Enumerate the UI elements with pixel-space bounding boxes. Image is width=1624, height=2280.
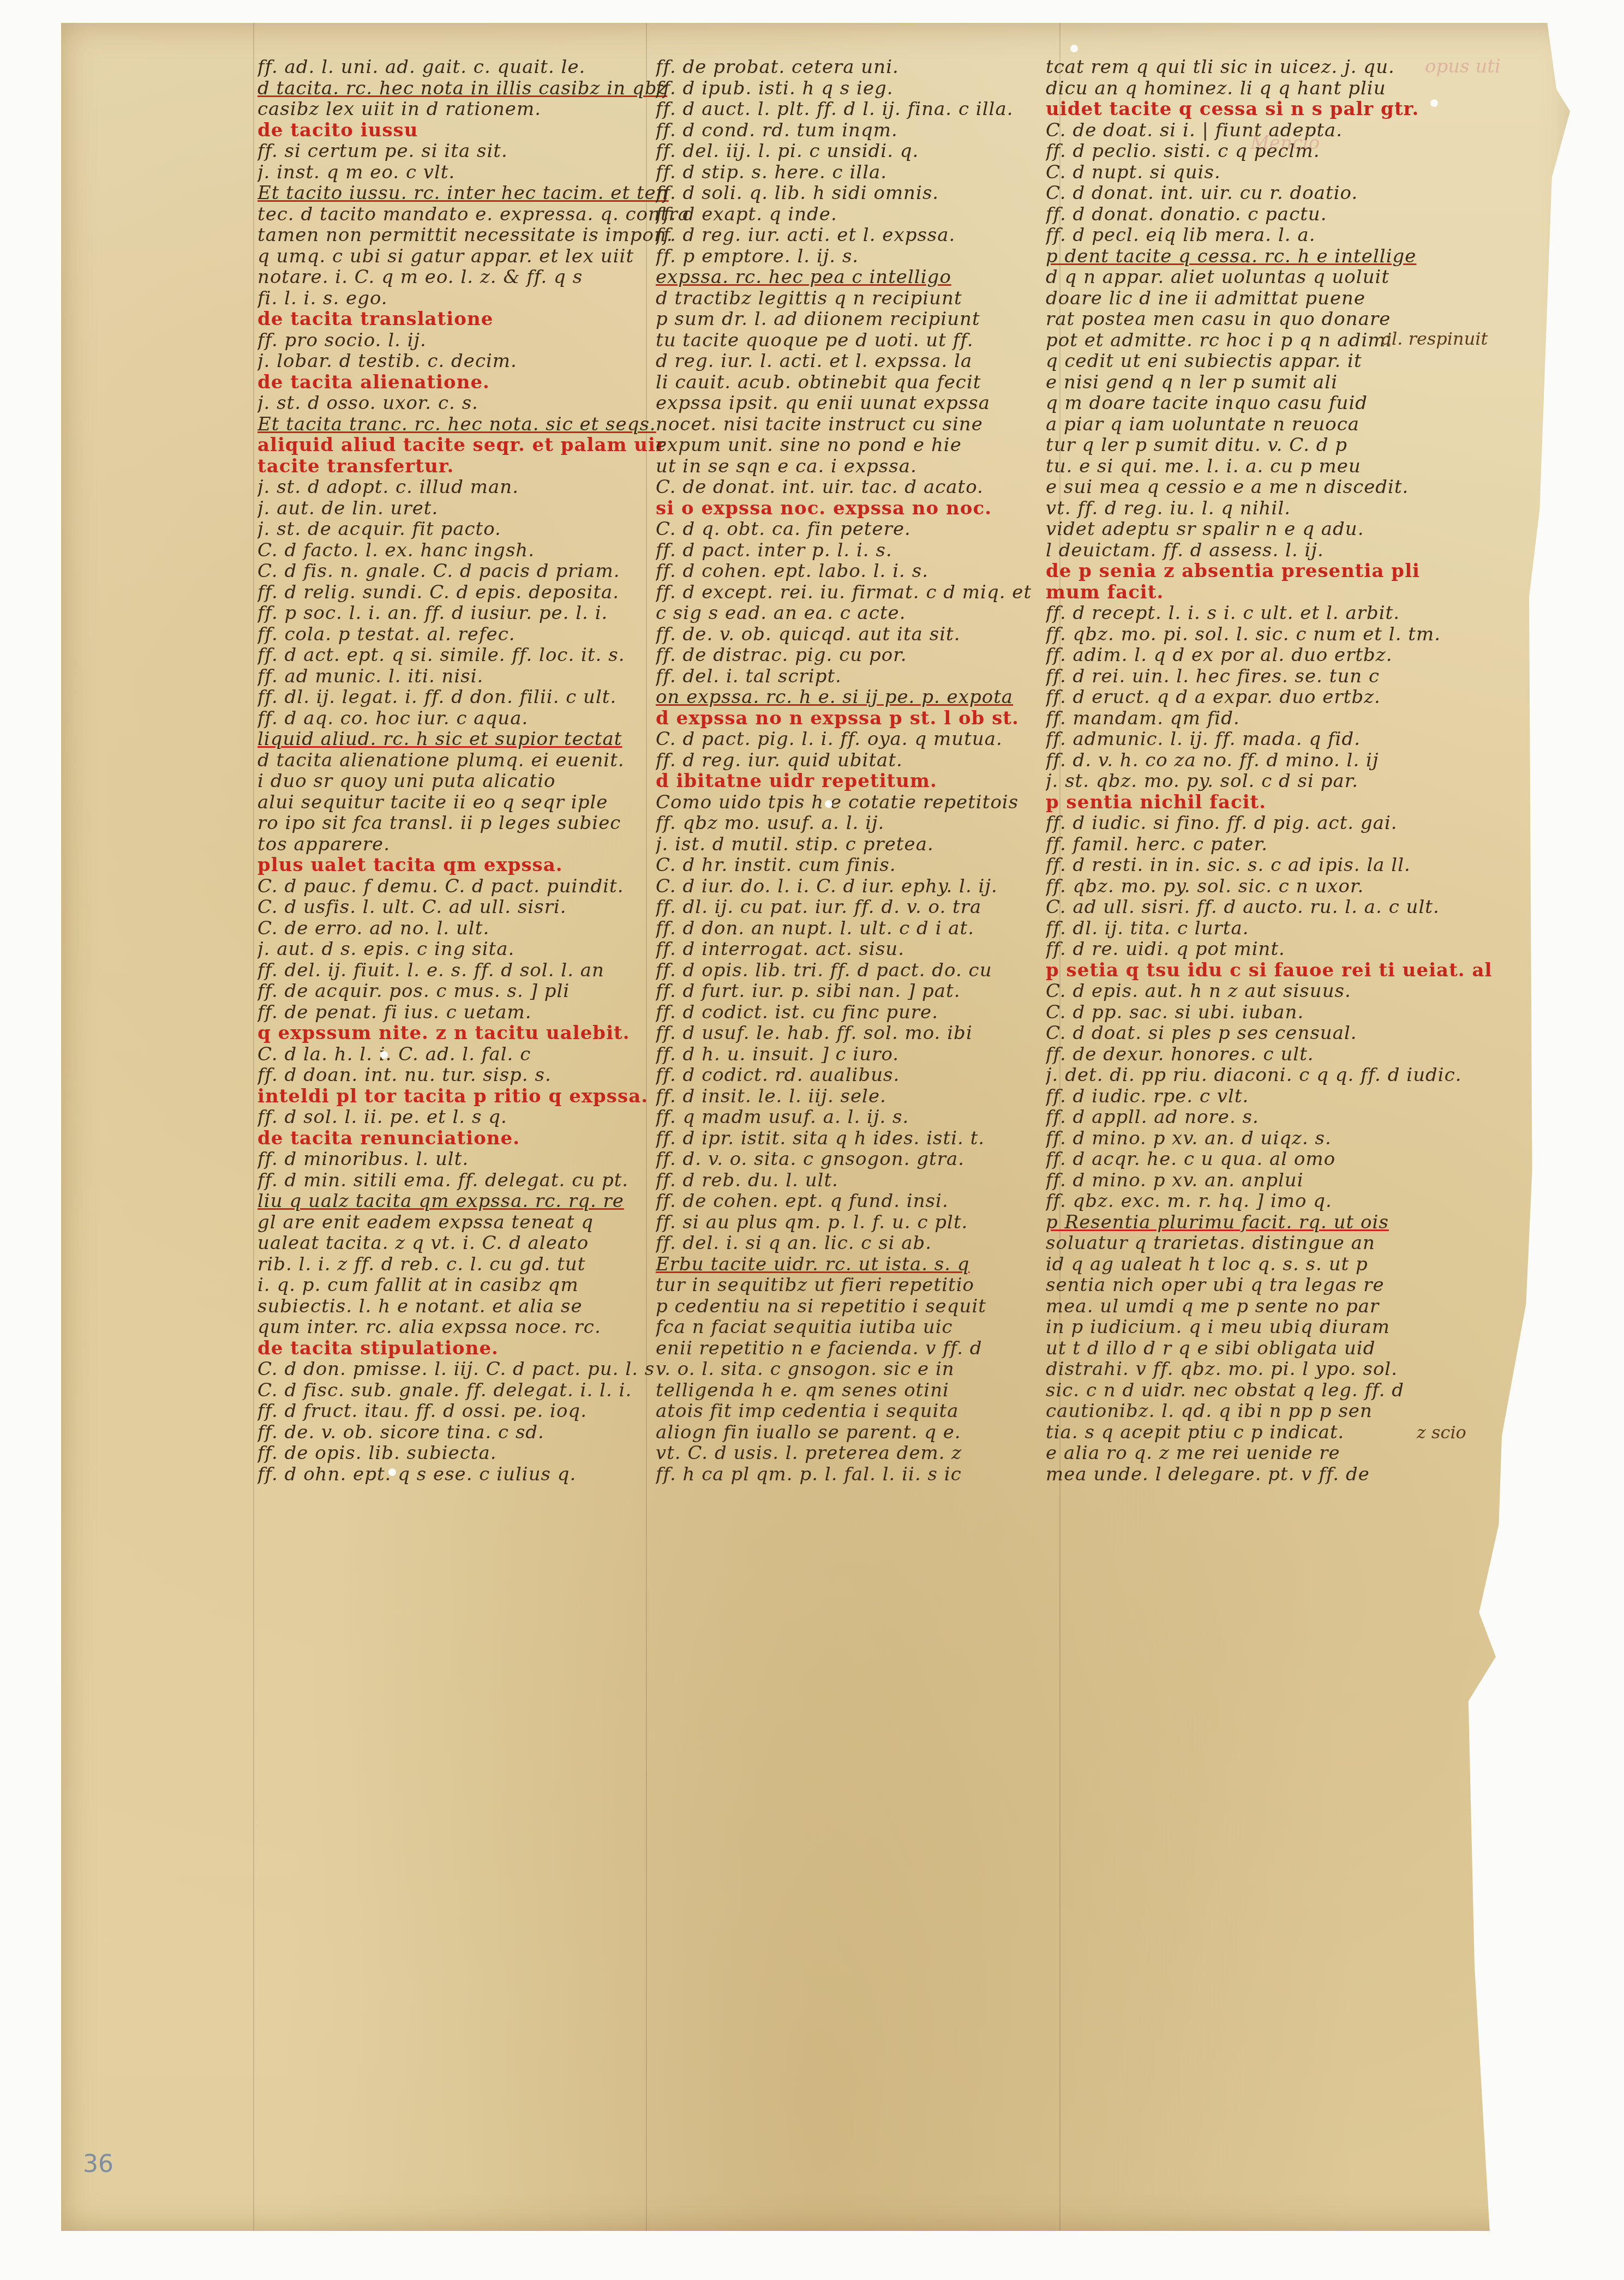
text-line: ut t d illo d r q e sibi obligata uid (1046, 1338, 1493, 1359)
text-line: ff. d rei. uin. l. hec fires. se. tun c (1046, 666, 1493, 687)
text-line: mea unde. l delegare. pt. v ff. de (1046, 1464, 1493, 1485)
text-line: C. d pp. sac. si ubi. iuban. (1046, 1002, 1493, 1023)
text-line: on expssa. rc. h e. si ij pe. p. expota (656, 687, 1070, 708)
text-line: ff. d ipr. istit. sita q h ides. isti. t… (656, 1128, 1070, 1149)
text-line: ff. d relig. sundi. C. d epis. deposita. (257, 582, 710, 603)
rubric-heading: si o expssa noc. expssa no noc. (656, 498, 1070, 519)
text-line: ff. dl. ij. legat. i. ff. d don. filii. … (257, 687, 710, 708)
text-line: fi. l. i. s. ego. (257, 288, 710, 309)
text-line: j. lobar. d testib. c. decim. (257, 351, 710, 372)
text-line: p sum dr. l. ad diionem recipiunt (656, 309, 1070, 330)
text-line: ff. dl. ij. tita. c lurta. (1046, 918, 1493, 939)
text-line: soluatur q trarietas. distingue an (1046, 1233, 1493, 1254)
text-line: tu tacite quoque pe d uoti. ut ff. (656, 330, 1070, 351)
text-line: ff. d iudic. si fino. ff. d pig. act. ga… (1046, 813, 1493, 834)
text-line: ff. d acqr. he. c u qua. al omo (1046, 1149, 1493, 1170)
rubric-heading: q expssum nite. z n tacitu ualebit. (257, 1023, 710, 1044)
text-line: ff. famil. herc. c pater. (1046, 834, 1493, 855)
text-line: atois fit imp cedentia i sequita (656, 1401, 1070, 1422)
text-line: ff. pro socio. l. ij. (257, 330, 710, 351)
text-line: l deuictam. ff. d assess. l. ij. (1046, 540, 1493, 561)
text-line: ff. d appll. ad nore. s. (1046, 1107, 1493, 1128)
text-line: ff. admunic. l. ij. ff. mada. q fid. (1046, 729, 1493, 750)
text-line: ff. d usuf. le. hab. ff. sol. mo. ibi (656, 1023, 1070, 1044)
text-line: tur q ler p sumit ditu. v. C. d p (1046, 435, 1493, 456)
text-line: ff. d doan. int. nu. tur. sisp. s. (257, 1065, 710, 1086)
column-ruling-1 (253, 23, 254, 2231)
text-line: ff. d codict. rd. aualibus. (656, 1065, 1070, 1086)
worm-hole (1070, 45, 1078, 52)
text-line: d tacita. rc. hec nota in illis casibz i… (257, 78, 710, 99)
text-line: tu. e si qui. me. l. i. a. cu p meu (1046, 456, 1493, 477)
text-line: dicu an q hominez. li q q hant pliu (1046, 78, 1493, 99)
text-line: ff. de dexur. honores. c ult. (1046, 1044, 1493, 1065)
text-line: ff. d iudic. rpe. c vlt. (1046, 1086, 1493, 1107)
text-line: C. d donat. int. uir. cu r. doatio. (1046, 183, 1493, 204)
text-line: cautionibz. l. qd. q ibi n pp p sen (1046, 1401, 1493, 1422)
text-line: C. d pact. pig. l. i. ff. oya. q mutua. (656, 729, 1070, 750)
text-line: ff. d soli. q. lib. h sidi omnis. (656, 183, 1070, 204)
text-line: Et tacito iussu. rc. inter hec tacim. et… (257, 183, 710, 204)
text-line: d tractibz legittis q n recipiunt (656, 288, 1070, 309)
text-line: p Resentia plurimu facit. rq. ut ois (1046, 1212, 1493, 1233)
text-line: gl are enit eadem expssa teneat q (257, 1212, 710, 1233)
text-column-1: ff. ad. l. uni. ad. gait. c. quait. le.d… (257, 57, 710, 1485)
text-line: aliogn fin iuallo se parent. q e. (656, 1422, 1070, 1443)
text-line: fca n faciat sequitia iutiba uic (656, 1317, 1070, 1338)
text-line: i. q. p. cum fallit at in casibz qm (257, 1275, 710, 1296)
text-line: ff. d donat. donatio. c pactu. (1046, 204, 1493, 225)
text-line: C. d fisc. sub. gnale. ff. delegat. i. l… (257, 1380, 710, 1401)
text-line: C. de donat. int. uir. tac. d acato. (656, 477, 1070, 498)
text-line: ff. d recept. l. i. s i. c ult. et l. ar… (1046, 603, 1493, 624)
text-line: v. o. l. sita. c gnsogon. sic e in (656, 1359, 1070, 1380)
text-line: ff. h ca pl qm. p. l. fal. l. ii. s ic (656, 1464, 1070, 1485)
text-line: ff. ad. l. uni. ad. gait. c. quait. le. (257, 57, 710, 78)
text-line: vt. ff. d reg. iu. l. q nihil. (1046, 498, 1493, 519)
rubric-heading: de tacita renunciatione. (257, 1128, 710, 1149)
text-line: ff. de. v. ob. quicqd. aut ita sit. (656, 624, 1070, 645)
text-line: ff. de probat. cetera uni. (656, 57, 1070, 78)
text-line: li cauit. acub. obtinebit qua fecit (656, 372, 1070, 393)
worm-hole (388, 1468, 396, 1476)
text-line: notare. i. C. q m eo. l. z. & ff. q s (257, 267, 710, 288)
text-line: distrahi. v ff. qbz. mo. pi. l ypo. sol. (1046, 1359, 1493, 1380)
rubric-heading: tacite transfertur. (257, 456, 710, 477)
text-line: ff. cola. p testat. al. refec. (257, 624, 710, 645)
text-line: ff. d fruct. itau. ff. d ossi. pe. ioq. (257, 1401, 710, 1422)
text-line: ff. qbz. mo. py. sol. sic. c n uxor. (1046, 876, 1493, 897)
text-line: C. de erro. ad no. l. ult. (257, 918, 710, 939)
text-line: ff. d resti. in in. sic. s. c ad ipis. l… (1046, 855, 1493, 876)
text-line: ff. del. iij. l. pi. c unsidi. q. (656, 141, 1070, 162)
text-column-2: ff. de probat. cetera uni.ff. d ipub. is… (656, 57, 1070, 1485)
text-line: d tacita alienatione plumq. ei euenit. (257, 750, 710, 771)
text-line: Erbu tacite uidr. rc. ut ista. s. q (656, 1254, 1070, 1275)
text-line: ff. dl. ij. cu pat. iur. ff. d. v. o. tr… (656, 897, 1070, 918)
text-line: j. inst. q m eo. c vlt. (257, 162, 710, 183)
text-line: C. d q. obt. ca. fin petere. (656, 519, 1070, 540)
rubric-heading: p setia q tsu idu c si fauoe rei ti ueia… (1046, 960, 1493, 981)
offset-ghost-text-2: Mencio (1250, 132, 1320, 154)
text-line: ff. d exapt. q inde. (656, 204, 1070, 225)
text-line: ff. d mino. p xv. an. d uiqz. s. (1046, 1128, 1493, 1149)
text-line: vt. C. d usis. l. preterea dem. z (656, 1443, 1070, 1464)
text-line: ff. de. v. ob. sicore tina. c sd. (257, 1422, 710, 1443)
text-line: mea. ul umdi q me p sente no par (1046, 1296, 1493, 1317)
text-line: i duo sr quoy uni puta alicatio (257, 771, 710, 792)
text-line: ff. d h. u. insuit. ] c iuro. (656, 1044, 1070, 1065)
text-line: expssa. rc. hec pea c intelligo (656, 267, 1070, 288)
text-line: liu q ualz tacita qm expssa. rc. rq. re (257, 1191, 710, 1212)
manuscript-leaf: ff. ad. l. uni. ad. gait. c. quait. le.d… (61, 23, 1578, 2231)
text-line: ff. p emptore. l. ij. s. (656, 246, 1070, 267)
text-line: C. d doat. si ples p ses censual. (1046, 1023, 1493, 1044)
text-line: ff. d insit. le. l. iij. sele. (656, 1086, 1070, 1107)
text-line: expssa ipsit. qu enii uunat expssa (656, 393, 1070, 414)
text-line: ff. qbz. exc. m. r. hq. ] imo q. (1046, 1191, 1493, 1212)
rubric-heading: de p senia z absentia presentia pli (1046, 561, 1493, 582)
text-line: C. d la. h. l. i. C. ad. l. fal. c (257, 1044, 710, 1065)
text-line: q cedit ut eni subiectis appar. it (1046, 351, 1493, 372)
text-line: ff. del. ij. fiuit. l. e. s. ff. d sol. … (257, 960, 710, 981)
text-line: C. d iur. do. l. i. C. d iur. ephy. l. i… (656, 876, 1070, 897)
text-line: tur in sequitibz ut fieri repetitio (656, 1275, 1070, 1296)
text-line: ff. d codict. ist. cu finc pure. (656, 1002, 1070, 1023)
text-line: ff. ad munic. l. iti. nisi. (257, 666, 710, 687)
text-line: p cedentiu na si repetitio i sequit (656, 1296, 1070, 1317)
rubric-heading: de tacita stipulatione. (257, 1338, 710, 1359)
worm-hole (1430, 99, 1438, 107)
text-line: ff. si au plus qm. p. l. f. u. c plt. (656, 1212, 1070, 1233)
text-line: ff. d re. uidi. q pot mint. (1046, 939, 1493, 960)
text-line: ff. del. i. tal script. (656, 666, 1070, 687)
text-line: ut in se sqn e ca. i expssa. (656, 456, 1070, 477)
text-line: ff. d ipub. isti. h q s ieg. (656, 78, 1070, 99)
text-line: rib. l. i. z ff. d reb. c. l. cu gd. tut (257, 1254, 710, 1275)
text-line: ff. d minoribus. l. ult. (257, 1149, 710, 1170)
text-line: q m doare tacite inquo casu fuid (1046, 393, 1493, 414)
text-line: alui sequitur tacite ii eo q seqr iple (257, 792, 710, 813)
text-line: rat postea men casu in quo donare (1046, 309, 1493, 330)
worm-hole (380, 1051, 388, 1059)
text-line: ualeat tacita. z q vt. i. C. d aleato (257, 1233, 710, 1254)
text-line: a piar q iam uoluntate n reuoca (1046, 414, 1493, 435)
text-line: j. ist. d mutil. stip. c pretea. (656, 834, 1070, 855)
text-line: ff. d act. ept. q si. simile. ff. loc. i… (257, 645, 710, 666)
text-line: q umq. c ubi si gatur appar. et lex uiit (257, 246, 710, 267)
text-line: j. aut. de lin. uret. (257, 498, 710, 519)
text-line: enii repetitio n e facienda. v ff. d (656, 1338, 1070, 1359)
rubric-heading: uidet tacite q cessa si n s palr gtr. (1046, 99, 1493, 120)
text-line: ff. d eruct. q d a expar. duo ertbz. (1046, 687, 1493, 708)
text-line: ff. d mino. p xv. an. anplui (1046, 1170, 1493, 1191)
text-line: C. d nupt. si quis. (1046, 162, 1493, 183)
text-line: ff. del. i. si q an. lic. c si ab. (656, 1233, 1070, 1254)
text-line: in p iudicium. q i meu ubiq diuram (1046, 1317, 1493, 1338)
text-line: ff. de distrac. pig. cu por. (656, 645, 1070, 666)
text-line: tos apparere. (257, 834, 710, 855)
text-line: C. d usfis. l. ult. C. ad ull. sisri. (257, 897, 710, 918)
text-line: Et tacita tranc. rc. hec nota. sic et se… (257, 414, 710, 435)
text-column-3: tcat rem q qui tli sic in uicez. j. qu.d… (1046, 57, 1493, 1485)
text-line: d q n appar. aliet uoluntas q uoluit (1046, 267, 1493, 288)
text-line: ff. de opis. lib. subiecta. (257, 1443, 710, 1464)
text-line: C. ad ull. sisri. ff. d aucto. ru. l. a.… (1046, 897, 1493, 918)
text-line: ff. qbz mo. usuf. a. l. ij. (656, 813, 1070, 834)
text-line: qum inter. rc. alia expssa noce. rc. (257, 1317, 710, 1338)
text-line: casibz lex uiit in d rationem. (257, 99, 710, 120)
text-line: ff. mandam. qm fid. (1046, 708, 1493, 729)
rubric-heading: de tacito iussu (257, 120, 710, 141)
rubric-heading: de tacita translatione (257, 309, 710, 330)
text-line: ff. d reg. iur. quid ubitat. (656, 750, 1070, 771)
rubric-heading: d ibitatne uidr repetitum. (656, 771, 1070, 792)
text-line: e alia ro q. z me rei uenide re (1046, 1443, 1493, 1464)
text-line: ff. d reb. du. l. ult. (656, 1170, 1070, 1191)
text-line: j. st. d adopt. c. illud man. (257, 477, 710, 498)
text-line: ff. d cohen. ept. labo. l. i. s. (656, 561, 1070, 582)
text-line: C. d epis. aut. h n z aut sisuus. (1046, 981, 1493, 1002)
text-line: doare lic d ine ii admittat puene (1046, 288, 1493, 309)
rubric-heading: inteldi pl tor tacita p ritio q expssa. (257, 1086, 710, 1107)
text-line: videt adeptu sr spalir n e q adu. (1046, 519, 1493, 540)
text-line: ff. d stip. s. here. c illa. (656, 162, 1070, 183)
text-line: d reg. iur. l. acti. et l. expssa. la (656, 351, 1070, 372)
text-line: c sig s ead. an ea. c acte. (656, 603, 1070, 624)
text-line: ff. d interrogat. act. sisu. (656, 939, 1070, 960)
text-line: ff. d auct. l. plt. ff. d l. ij. fina. c… (656, 99, 1070, 120)
text-line: e sui mea q cessio e a me n discedit. (1046, 477, 1493, 498)
text-line: tamen non permittit necessitate is impon… (257, 225, 710, 246)
text-line: ff. d. v. o. sita. c gnsogon. gtra. (656, 1149, 1070, 1170)
text-line: expum unit. sine no pond e hie (656, 435, 1070, 456)
text-line: ff. de penat. fi ius. c uetam. (257, 1002, 710, 1023)
rubric-heading: aliquid aliud tacite seqr. et palam uir (257, 435, 710, 456)
rubric-heading: d expssa no n expssa p st. l ob st. (656, 708, 1070, 729)
text-line: ff. d don. an nupt. l. ult. c d i at. (656, 918, 1070, 939)
text-line: ff. q madm usuf. a. l. ij. s. (656, 1107, 1070, 1128)
text-line: ro ipo sit fca transl. ii p leges subiec (257, 813, 710, 834)
text-line: ff. d min. sitili ema. ff. delegat. cu p… (257, 1170, 710, 1191)
rubric-heading: plus ualet tacita qm expssa. (257, 855, 710, 876)
rubric-heading: de tacita alienatione. (257, 372, 710, 393)
text-line: liquid aliud. rc. h sic et supior tectat (257, 729, 710, 750)
text-line: ff. d cond. rd. tum inqm. (656, 120, 1070, 141)
text-line: C. d don. pmisse. l. iij. C. d pact. pu.… (257, 1359, 710, 1380)
text-line: ff. d. v. h. co za no. ff. d mino. l. ij (1046, 750, 1493, 771)
rubric-heading: mum facit. (1046, 582, 1493, 603)
text-line: ff. d aq. co. hoc iur. c aqua. (257, 708, 710, 729)
text-line: ff. qbz. mo. pi. sol. l. sic. c num et l… (1046, 624, 1493, 645)
text-line: ff. de acquir. pos. c mus. s. ] pli (257, 981, 710, 1002)
text-line: j. det. di. pp riu. diaconi. c q q. ff. … (1046, 1065, 1493, 1086)
marginal-note-lower: z scio (1417, 1422, 1466, 1443)
text-line: telligenda h e. qm senes otini (656, 1380, 1070, 1401)
text-line: j. aut. d s. epis. c ing sita. (257, 939, 710, 960)
text-line: ff. d ohn. ept. q s ese. c iulius q. (257, 1464, 710, 1485)
text-line: nocet. nisi tacite instruct cu sine (656, 414, 1070, 435)
text-line: j. st. d osso. uxor. c. s. (257, 393, 710, 414)
text-line: ff. adim. l. q d ex por al. duo ertbz. (1046, 645, 1493, 666)
text-line: ff. d except. rei. iu. firmat. c d miq. … (656, 582, 1070, 603)
worm-hole (825, 800, 832, 808)
text-line: ff. d opis. lib. tri. ff. d pact. do. cu (656, 960, 1070, 981)
text-line: j. st. de acquir. fit pacto. (257, 519, 710, 540)
text-line: ff. p soc. l. i. an. ff. d iusiur. pe. l… (257, 603, 710, 624)
text-line: ff. d furt. iur. p. sibi nan. ] pat. (656, 981, 1070, 1002)
rubric-heading: p sentia nichil facit. (1046, 792, 1493, 813)
text-line: C. d facto. l. ex. hanc ingsh. (257, 540, 710, 561)
text-line: id q ag ualeat h t loc q. s. s. ut p (1046, 1254, 1493, 1275)
text-line: ff. d sol. l. ii. pe. et l. s q. (257, 1107, 710, 1128)
text-line: ff. si certum pe. si ita sit. (257, 141, 710, 162)
text-line: j. st. qbz. mo. py. sol. c d si par. (1046, 771, 1493, 792)
text-line: ff. de cohen. ept. q fund. insi. (656, 1191, 1070, 1212)
text-line: ff. d pecl. eiq lib mera. l. a. (1046, 225, 1493, 246)
text-line: subiectis. l. h e notant. et alia se (257, 1296, 710, 1317)
text-line: tec. d tacito mandato e. expressa. q. co… (257, 204, 710, 225)
text-line: C. d fis. n. gnale. C. d pacis d priam. (257, 561, 710, 582)
text-line: e nisi gend q n ler p sumit ali (1046, 372, 1493, 393)
marginal-note-upper: al. respinuit (1381, 328, 1488, 349)
text-line: ff. d pact. inter p. l. i. s. (656, 540, 1070, 561)
text-line: C. d pauc. f demu. C. d pact. puindit. (257, 876, 710, 897)
text-line: sentia nich oper ubi q tra legas re (1046, 1275, 1493, 1296)
pencil-folio-number: 36 (83, 2150, 113, 2178)
text-line: C. d hr. instit. cum finis. (656, 855, 1070, 876)
offset-ghost-text-1: opus uti (1425, 56, 1501, 77)
text-line: Como uido tpis h e cotatie repetitois (656, 792, 1070, 813)
text-line: sic. c n d uidr. nec obstat q leg. ff. d (1046, 1380, 1493, 1401)
text-line: p dent tacite q cessa. rc. h e intellige (1046, 246, 1493, 267)
text-line: ff. d reg. iur. acti. et l. expssa. (656, 225, 1070, 246)
